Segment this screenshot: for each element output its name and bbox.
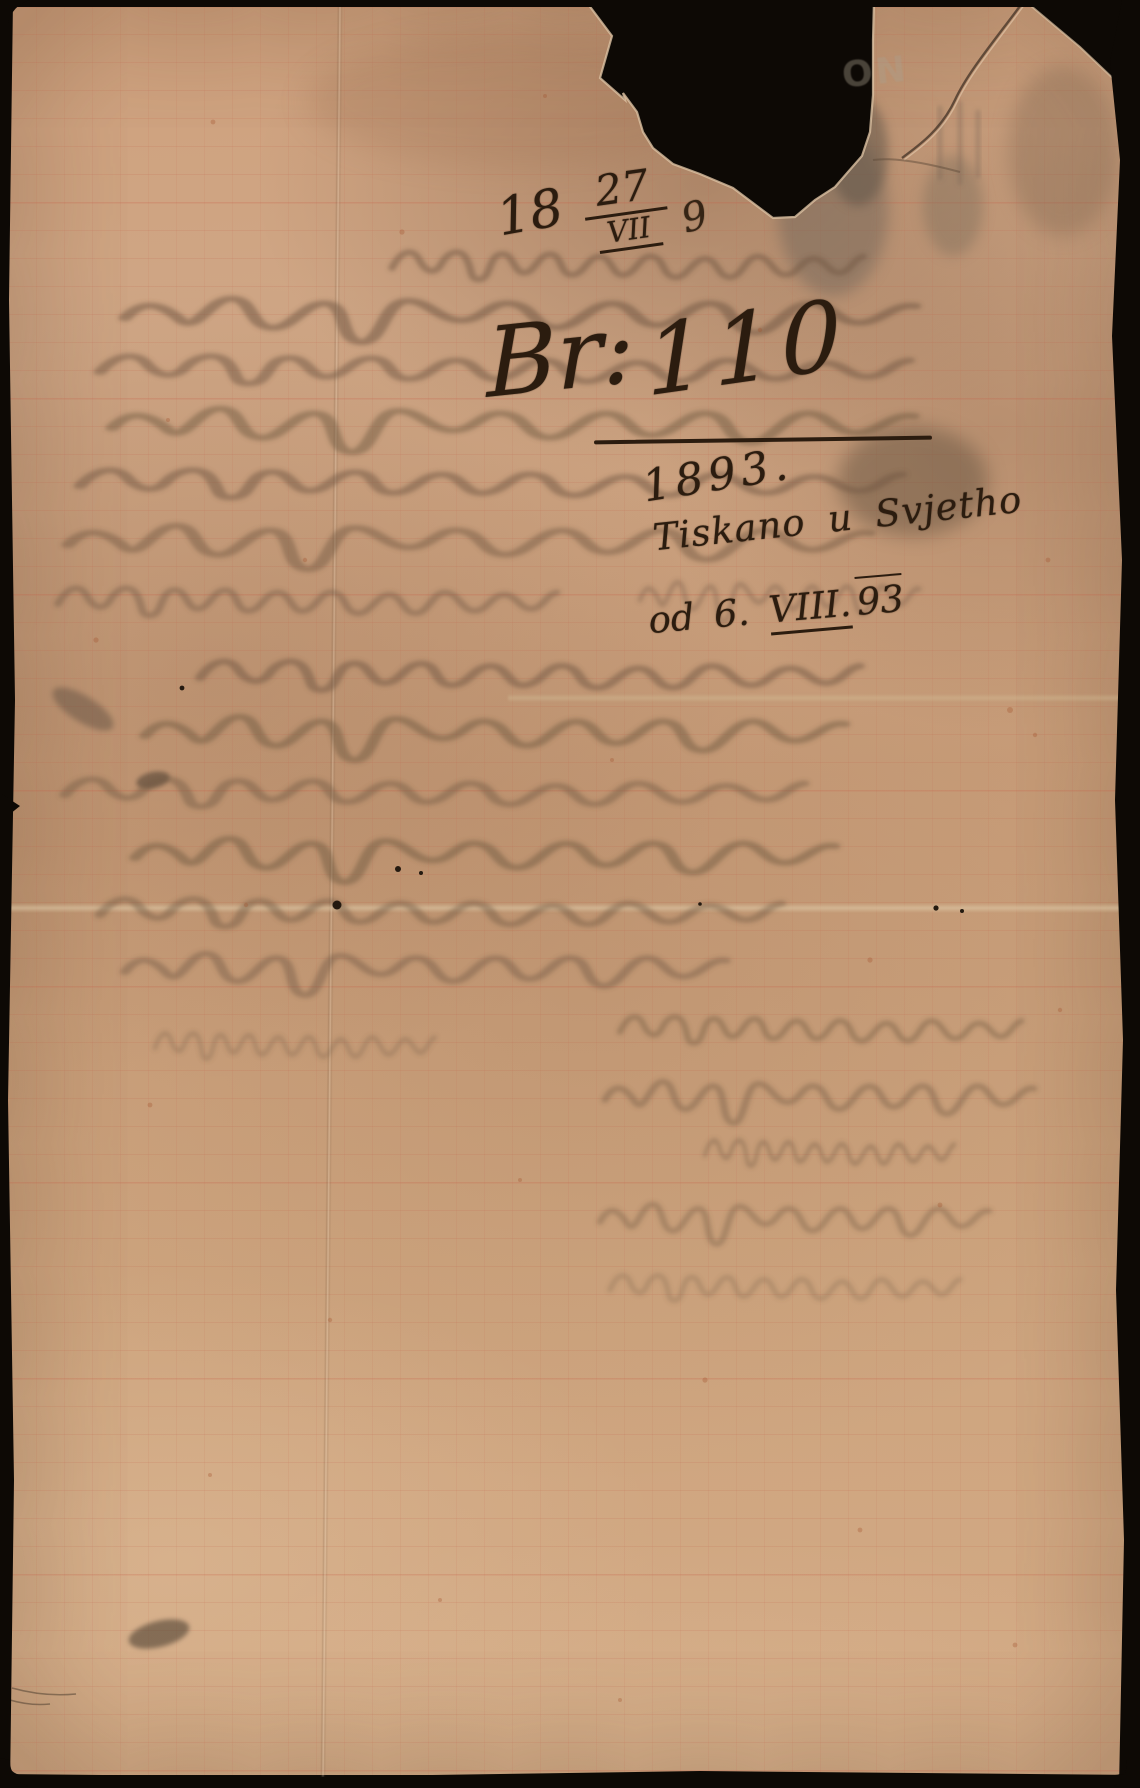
note2-month: VIII. bbox=[767, 582, 853, 636]
handwritten-date-fraction: 27 VII bbox=[579, 161, 673, 256]
note2-prefix: od 6. bbox=[647, 590, 751, 642]
paper-sheet bbox=[8, 6, 1129, 1775]
number-label: Br: bbox=[486, 298, 636, 414]
handwritten-date-prefix: 18 bbox=[492, 178, 568, 249]
squared-grid bbox=[8, 6, 1129, 1775]
scanned-document: 18 27 VII 9 Br: 110 1893. Tiskano u Svje… bbox=[0, 0, 1140, 1788]
backing-faint-mark: ON bbox=[840, 49, 911, 97]
note2-year: 93 bbox=[855, 573, 906, 624]
number-value: 110 bbox=[644, 284, 850, 413]
